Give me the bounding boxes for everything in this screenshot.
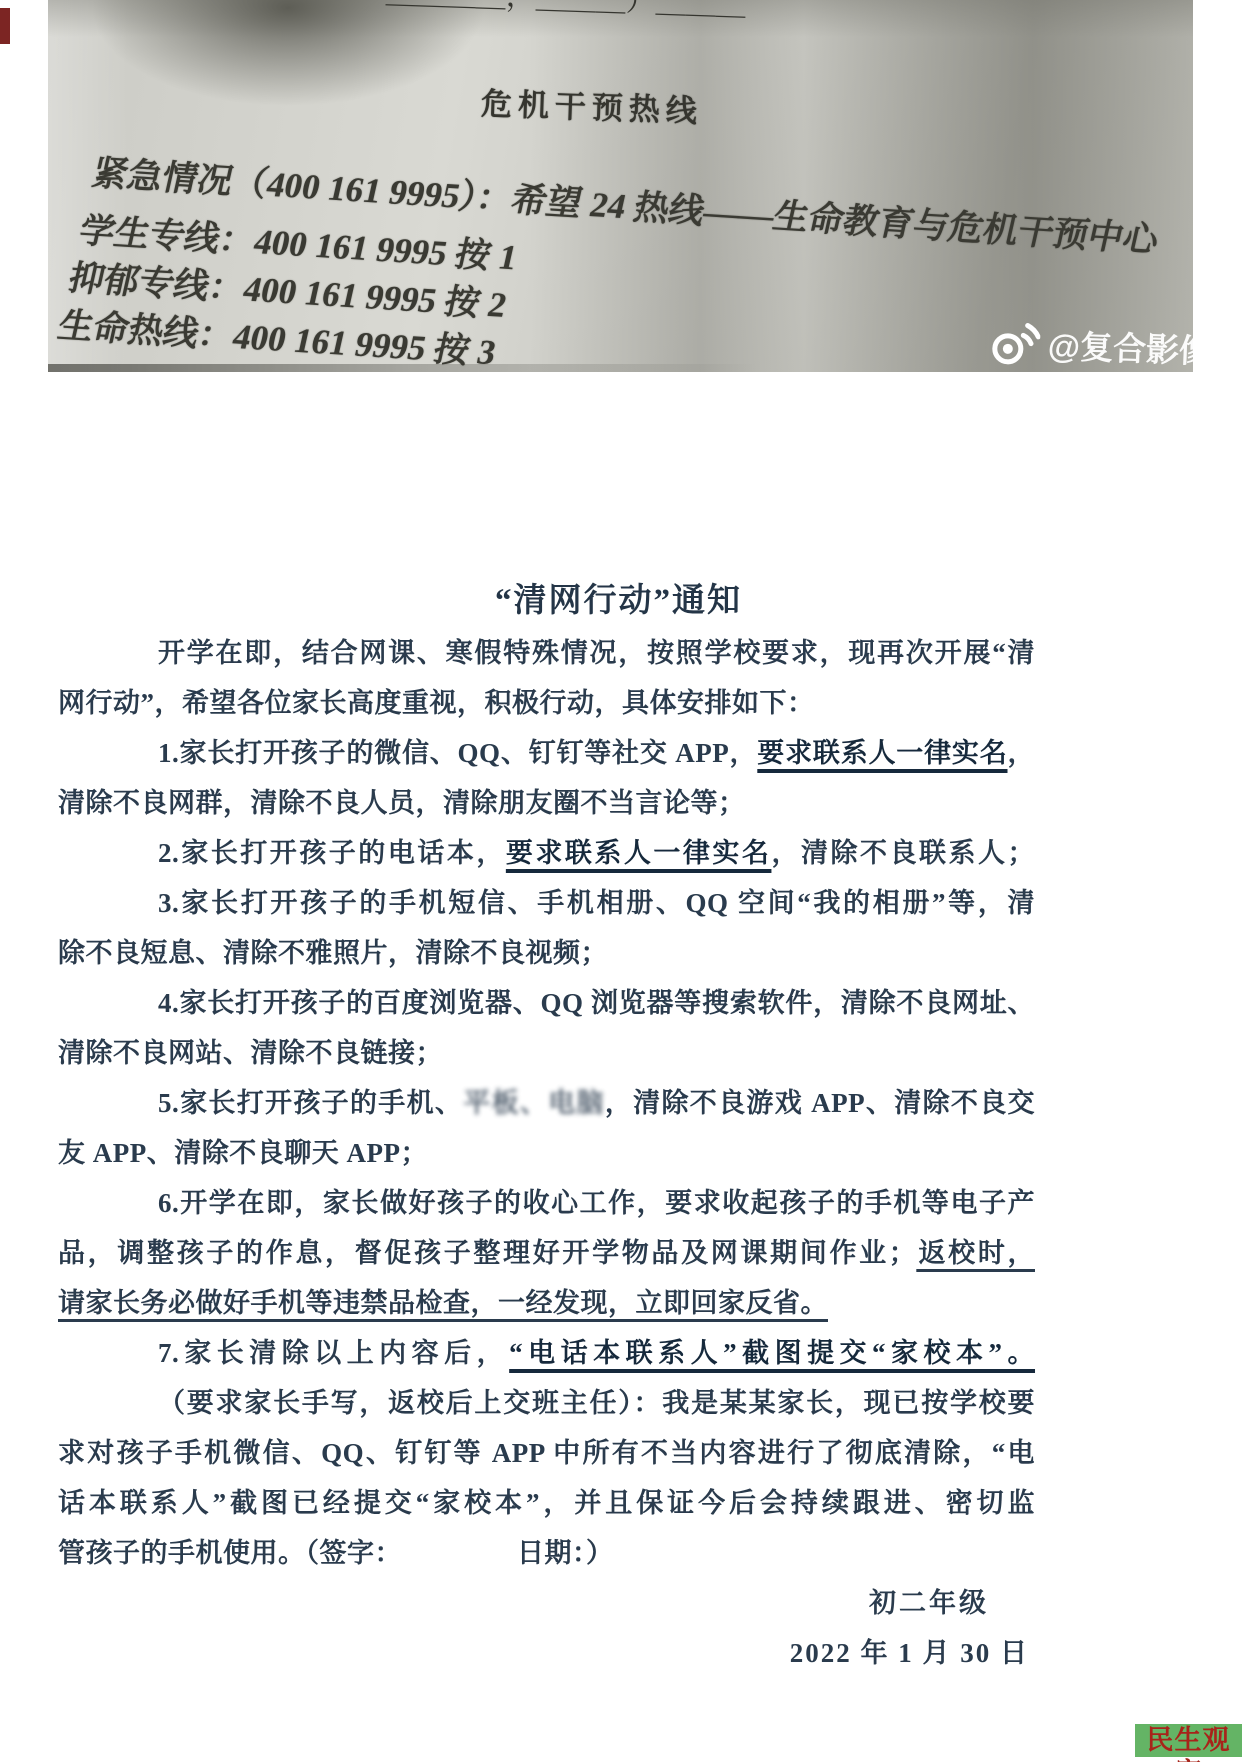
doc-line: 求对孩子手机微信、QQ、钉钉等 APP 中所有不当内容进行了彻底清除，“电 <box>58 1428 1035 1478</box>
doc-line: 管孩子的手机使用。（签字：日期：） <box>58 1528 1035 1578</box>
red-edge-mark <box>0 8 10 44</box>
hotline-photo: ＿＿＿＿，＿＿＿）＿＿＿ 危机干预热线 紧急情况（400 161 9995）：希… <box>48 0 1193 372</box>
doc-line: 网行动”，希望各位家长高度重视，积极行动，具体安排如下： <box>58 678 1035 728</box>
doc-line: 7.家长清除以上内容后，“电话本联系人”截图提交“家校本”。 <box>58 1328 1035 1378</box>
weibo-logo-icon <box>985 319 1041 367</box>
doc-line: 3.家长打开孩子的手机短信、手机相册、QQ 空间“我的相册”等，清 <box>58 878 1035 928</box>
notice-lines: 开学在即，结合网课、寒假特殊情况，按照学校要求，现再次开展“清网行动”，希望各位… <box>58 628 1035 1678</box>
notice-title: “清网行动”通知 <box>130 574 1107 621</box>
doc-line: （要求家长手写，返校后上交班主任）：我是某某家长，现已按学校要 <box>58 1378 1035 1428</box>
doc-line: 2.家长打开孩子的电话本，要求联系人一律实名，清除不良联系人； <box>58 828 1035 878</box>
doc-line: 4.家长打开孩子的百度浏览器、QQ 浏览器等搜索软件，清除不良网址、 <box>58 978 1035 1028</box>
doc-line: 话本联系人”截图已经提交“家校本”，并且保证今后会持续跟进、密切监 <box>58 1478 1035 1528</box>
doc-line: 请家长务必做好手机等违禁品检查，一经发现，立即回家反省。 <box>58 1278 1035 1328</box>
watermark-text: @复合影像 <box>1047 320 1213 373</box>
doc-line: 开学在即，结合网课、寒假特殊情况，按照学校要求，现再次开展“清 <box>58 628 1035 678</box>
doc-line: 友 APP、清除不良聊天 APP； <box>58 1128 1035 1178</box>
source-badge: 民生观察 <box>1135 1724 1242 1757</box>
doc-line: 2022 年 1 月 30 日 <box>58 1628 1035 1678</box>
doc-line: 除不良短息、清除不雅照片，清除不良视频； <box>58 928 1035 978</box>
doc-line: 初二年级 <box>58 1578 1035 1628</box>
doc-line: 品，调整孩子的作息，督促孩子整理好开学物品及网课期间作业；返校时， <box>58 1228 1035 1278</box>
doc-line: 6.开学在即，家长做好孩子的收心工作，要求收起孩子的手机等电子产 <box>58 1178 1035 1228</box>
cut-off-blank-lines: ＿＿＿＿，＿＿＿）＿＿＿ <box>385 0 746 23</box>
doc-line: 1.家长打开孩子的微信、QQ、钉钉等社交 APP，要求联系人一律实名， <box>58 728 1035 778</box>
screenshot-page: ＿＿＿＿，＿＿＿）＿＿＿ 危机干预热线 紧急情况（400 161 9995）：希… <box>0 0 1242 1762</box>
doc-line: 5.家长打开孩子的手机、平板、电脑，清除不良游戏 APP、清除不良交 <box>58 1078 1035 1128</box>
photo-watermark: @复合影像 <box>985 318 1213 373</box>
doc-line: 清除不良网站、清除不良链接； <box>58 1028 1035 1078</box>
doc-line: 清除不良网群，清除不良人员，清除朋友圈不当言论等； <box>58 778 1035 828</box>
hotline-title: 危机干预热线 <box>480 78 703 131</box>
